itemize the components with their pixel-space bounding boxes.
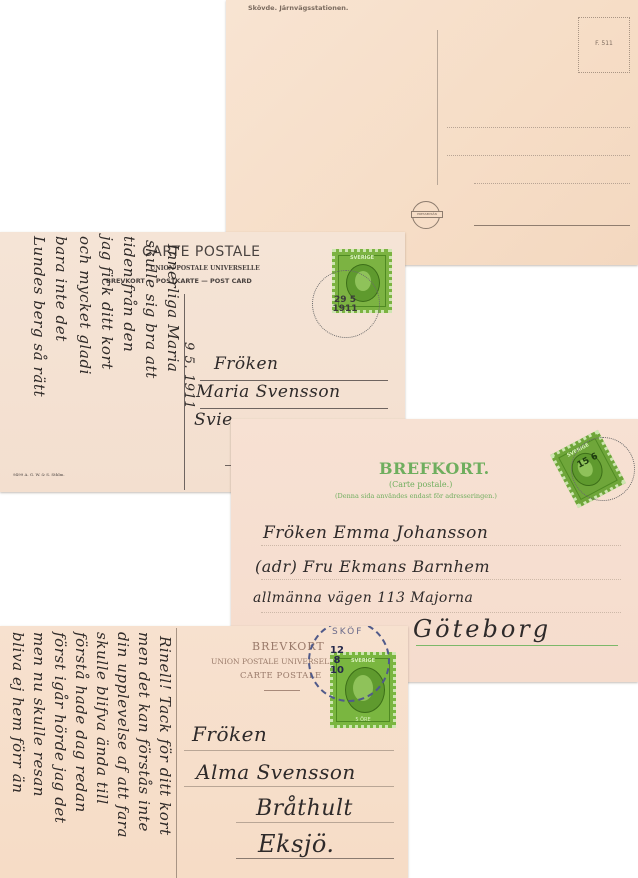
message-date: 9 5. 1911 <box>181 342 196 409</box>
address-line <box>236 822 394 823</box>
printer-imprint: 9499 A. G. W. & S. Sthlm. <box>13 472 65 477</box>
stamp-box-label: F. 511 <box>579 40 629 47</box>
address-line <box>474 225 630 226</box>
postmark <box>571 437 635 501</box>
message-line: men nu skulle resan <box>30 632 48 797</box>
publisher-logo: PRESSBYRÅN <box>412 201 440 229</box>
address-line <box>236 858 394 859</box>
address-line-1: Fröken Emma Johansson <box>263 523 488 543</box>
address-line-3: Bråthult <box>256 796 353 821</box>
message-line: skulle sig bra att <box>142 240 160 379</box>
message-line: och mycket gladi <box>76 236 94 375</box>
center-divider <box>176 628 177 878</box>
address-line <box>200 380 388 381</box>
message-line: först igår hörde jag det <box>51 632 69 824</box>
address-line <box>416 645 618 646</box>
message-line: jag fick ditt kort <box>98 236 116 370</box>
message-line: förstå hade dag redan <box>72 632 90 813</box>
publisher-logo-text: PRESSBYRÅN <box>411 211 443 218</box>
address-line <box>261 579 621 580</box>
address-line <box>184 786 394 787</box>
message-line: skulle blifva ända till <box>93 632 111 805</box>
address-line-4: Göteborg <box>413 615 551 643</box>
message-line: Rinell! Tack för ditt kort <box>156 636 174 836</box>
message-line: bara inte det <box>52 236 70 342</box>
stamp-box: F. 511 <box>578 17 630 73</box>
stamp-country: SVERIGE <box>335 255 389 261</box>
card-caption: Skövde. Järnvägsstationen. <box>248 4 348 12</box>
address-line-1: Fröken <box>192 722 267 746</box>
message-line: din upplevelse af att fara <box>114 632 132 838</box>
postmark-date: 12 8 10 <box>326 646 348 676</box>
station-postcard: Skövde. Järnvägsstationen. F. 511 PRESSB… <box>226 0 638 265</box>
card-subtitle: (Carte postale.) <box>389 480 452 489</box>
address-line <box>200 408 388 409</box>
stamp-value: 5 ÖRE <box>333 717 393 723</box>
postmark-date: 29 5 1911 <box>330 296 360 314</box>
address-line-2: Alma Svensson <box>196 760 356 784</box>
card-title: BREFKORT. <box>379 459 490 478</box>
address-line-4: Eksjö. <box>258 830 334 858</box>
address-line <box>261 612 621 613</box>
message-line: men det kan förstås inte <box>135 632 153 832</box>
address-line <box>261 545 621 546</box>
address-line-2: Maria Svensson <box>196 382 341 402</box>
address-line-1: Fröken <box>214 354 278 374</box>
address-line <box>184 750 394 751</box>
title-rule <box>264 690 300 691</box>
address-line <box>447 127 630 128</box>
center-divider <box>437 30 438 185</box>
address-line-3: allmänna vägen 113 Majorna <box>253 590 473 606</box>
brevkort-postcard: BREVKORT UNION POSTALE UNIVERSELLE CARTE… <box>0 626 408 878</box>
address-line <box>474 183 630 184</box>
message-line: bliva ej hem förr än <box>9 632 27 794</box>
card-instruction: (Denna sida användes endast för adresser… <box>335 492 497 500</box>
message-line: Lundes berg så rätt <box>30 236 48 397</box>
message-line: Innerliga Maria <box>164 244 182 372</box>
address-line <box>447 155 630 156</box>
address-line-2: (adr) Fru Ekmans Barnhem <box>255 557 490 576</box>
postmark-text: SKÖF <box>332 628 363 637</box>
message-line: tiden från den <box>120 236 138 352</box>
